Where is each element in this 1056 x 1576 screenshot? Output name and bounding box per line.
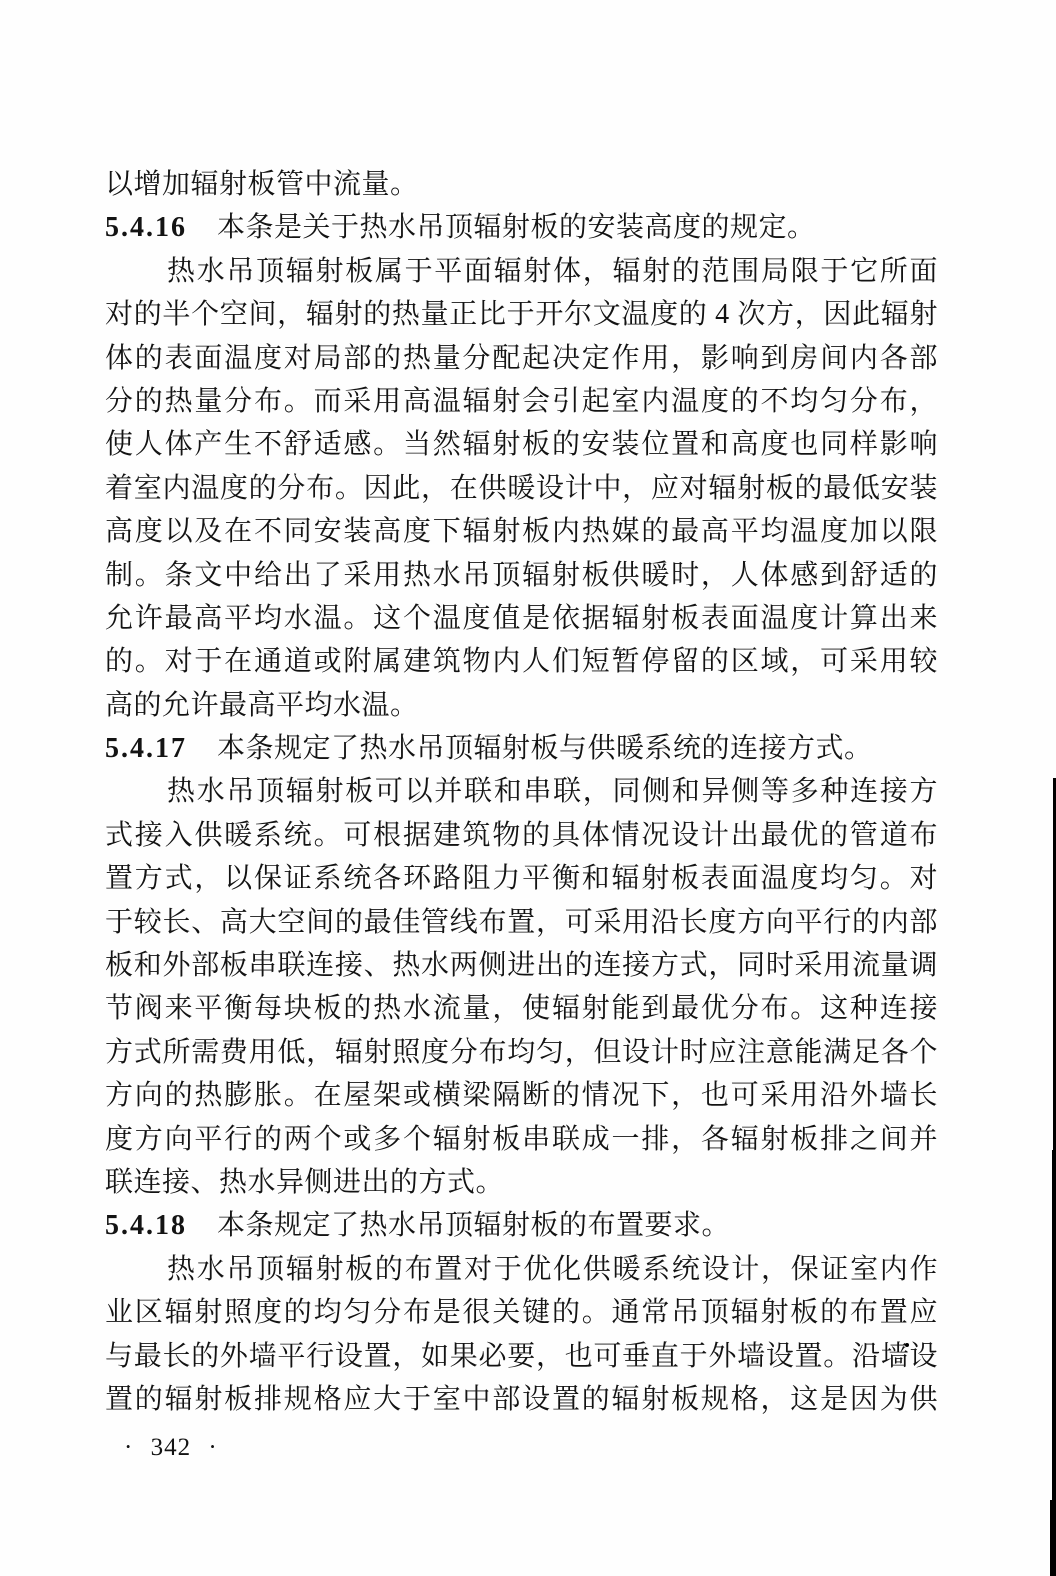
text-line: 对的半个空间，辐射的热量正比于开尔文温度的 4 次方，因此辐射: [105, 293, 938, 336]
text-line: 热水吊顶辐射板可以并联和串联，同侧和异侧等多种连接方: [105, 770, 938, 813]
scan-artifact-line: [1052, 1150, 1056, 1500]
text-line: 使人体产生不舒适感。当然辐射板的安装位置和高度也同样影响: [105, 423, 938, 466]
clause-number: 5.4.16: [105, 212, 187, 243]
text-line: 与最长的外墙平行设置，如果必要，也可垂直于外墙设置。沿墙设: [105, 1335, 938, 1378]
text-line: 节阀来平衡每块板的热水流量，使辐射能到最优分布。这种连接: [105, 987, 938, 1030]
scan-artifact-line: [1050, 1500, 1056, 1576]
scan-speck: [905, 1343, 909, 1347]
clause-number: 5.4.17: [105, 733, 187, 764]
text-line: 体的表面温度对局部的热量分配起决定作用，影响到房间内各部: [105, 337, 938, 380]
page-number: · 342 ·: [124, 1434, 218, 1462]
text-line: 置的辐射板排规格应大于室中部设置的辐射板规格，这是因为供: [105, 1378, 938, 1421]
text-line: 以增加辐射板管中流量。: [105, 163, 938, 206]
text-line: 业区辐射照度的均匀分布是很关键的。通常吊顶辐射板的布置应: [105, 1291, 938, 1334]
clause-text: 本条规定了热水吊顶辐射板的布置要求。: [217, 1210, 730, 1241]
text-line: 方向的热膨胀。在屋架或横梁隔断的情况下，也可采用沿外墙长: [105, 1074, 938, 1117]
text-line: 热水吊顶辐射板的布置对于优化供暖系统设计，保证室内作: [105, 1248, 938, 1291]
text-line: 分的热量分布。而采用高温辐射会引起室内温度的不均匀分布，: [105, 380, 938, 423]
clause-text: 本条是关于热水吊顶辐射板的安装高度的规定。: [217, 212, 816, 243]
document-page: 以增加辐射板管中流量。 5.4.16本条是关于热水吊顶辐射板的安装高度的规定。 …: [0, 0, 1056, 1576]
clause-text: 本条规定了热水吊顶辐射板与供暖系统的连接方式。: [217, 733, 873, 764]
text-line: 置方式，以保证系统各环路阻力平衡和辐射板表面温度均匀。对: [105, 857, 938, 900]
text-line: 联连接、热水异侧进出的方式。: [105, 1161, 938, 1204]
text-line: 的。对于在通道或附属建筑物内人们短暂停留的区域，可采用较: [105, 640, 938, 683]
clause-heading: 5.4.18本条规定了热水吊顶辐射板的布置要求。: [105, 1204, 938, 1247]
clause-number: 5.4.18: [105, 1210, 187, 1241]
text-line: 制。条文中给出了采用热水吊顶辐射板供暖时，人体感到舒适的: [105, 554, 938, 597]
text-line: 高的允许最高平均水温。: [105, 684, 938, 727]
clause-heading: 5.4.17本条规定了热水吊顶辐射板与供暖系统的连接方式。: [105, 727, 938, 770]
text-line: 于较长、高大空间的最佳管线布置，可采用沿长度方向平行的内部: [105, 901, 938, 944]
text-line: 式接入供暖系统。可根据建筑物的具体情况设计出最优的管道布: [105, 814, 938, 857]
text-line: 热水吊顶辐射板属于平面辐射体，辐射的范围局限于它所面: [105, 250, 938, 293]
text-line: 着室内温度的分布。因此，在供暖设计中，应对辐射板的最低安装: [105, 467, 938, 510]
text-line: 板和外部板串联连接、热水两侧进出的连接方式，同时采用流量调: [105, 944, 938, 987]
text-line: 高度以及在不同安装高度下辐射板内热媒的最高平均温度加以限: [105, 510, 938, 553]
text-line: 方式所需费用低，辐射照度分布均匀，但设计时应注意能满足各个: [105, 1031, 938, 1074]
text-line: 度方向平行的两个或多个辐射板串联成一排，各辐射板排之间并: [105, 1118, 938, 1161]
text-block: 以增加辐射板管中流量。 5.4.16本条是关于热水吊顶辐射板的安装高度的规定。 …: [105, 163, 938, 1421]
clause-heading: 5.4.16本条是关于热水吊顶辐射板的安装高度的规定。: [105, 206, 938, 249]
text-line: 允许最高平均水温。这个温度值是依据辐射板表面温度计算出来: [105, 597, 938, 640]
